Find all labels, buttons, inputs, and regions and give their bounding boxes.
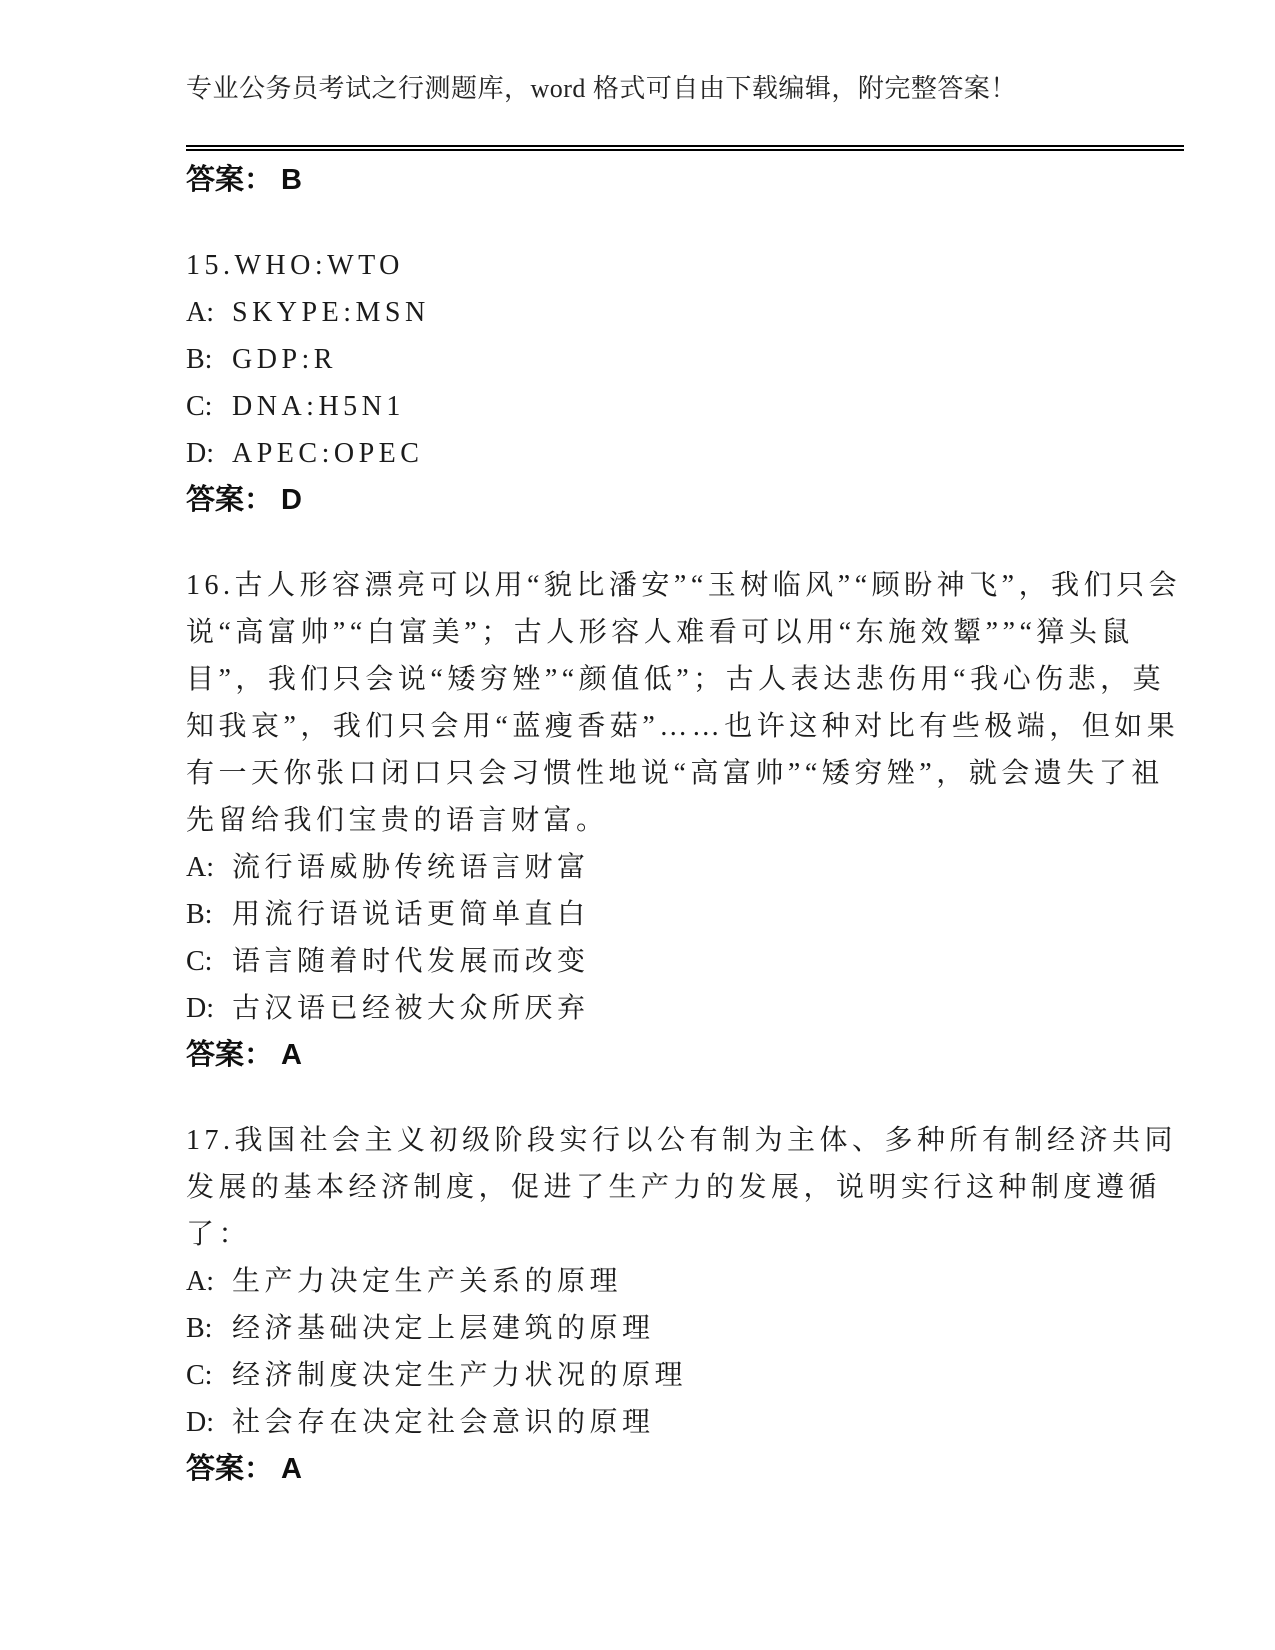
option-text: 经济制度决定生产力状况的原理 [232, 1360, 687, 1391]
option-label: A: [186, 844, 232, 891]
option-label: C: [186, 383, 232, 430]
answer-prefix: 答案： [186, 1039, 273, 1071]
answer-value: A [281, 1453, 302, 1485]
leading-answer-line: 答案：B [186, 157, 1184, 204]
option-text: GDP:R [232, 344, 337, 375]
option-label: B: [186, 336, 232, 383]
option-text: 流行语威胁传统语言财富 [232, 852, 590, 883]
option-text: APEC:OPEC [232, 438, 423, 469]
option-row-c: C:DNA:H5N1 [186, 383, 1184, 430]
page-header-title: 专业公务员考试之行测题库，word 格式可自由下载编辑，附完整答案！ [186, 72, 1184, 106]
answer-line: 答案：A [186, 1446, 1184, 1493]
option-label: D: [186, 1399, 232, 1446]
option-label: A: [186, 1258, 232, 1305]
option-label: C: [186, 938, 232, 985]
option-text: 古汉语已经被大众所厌弃 [232, 993, 590, 1024]
option-row-d: D:古汉语已经被大众所厌弃 [186, 985, 1184, 1032]
option-row-b: B:经济基础决定上层建筑的原理 [186, 1305, 1184, 1352]
answer-value: B [281, 164, 302, 196]
question-stem: 17.我国社会主义初级阶段实行以公有制为主体、多种所有制经济共同发展的基本经济制… [186, 1117, 1184, 1258]
answer-line: 答案：D [186, 477, 1184, 524]
option-text: 社会存在决定社会意识的原理 [232, 1407, 655, 1438]
question-block-16: 16.古人形容漂亮可以用“貌比潘安”“玉树临风”“顾盼神飞”，我们只会说“高富帅… [186, 562, 1184, 1079]
option-label: C: [186, 1352, 232, 1399]
option-row-a: A:SKYPE:MSN [186, 289, 1184, 336]
document-page: 专业公务员考试之行测题库，word 格式可自由下载编辑，附完整答案！ 答案：B … [0, 0, 1275, 1650]
answer-line: 答案：A [186, 1032, 1184, 1079]
option-text: 用流行语说话更简单直白 [232, 899, 590, 930]
option-text: 经济基础决定上层建筑的原理 [232, 1313, 655, 1344]
option-text: SKYPE:MSN [232, 297, 430, 328]
option-row-a: A:生产力决定生产关系的原理 [186, 1258, 1184, 1305]
option-label: B: [186, 891, 232, 938]
option-label: A: [186, 289, 232, 336]
question-block-15: 15.WHO:WTO A:SKYPE:MSN B:GDP:R C:DNA:H5N… [186, 242, 1184, 524]
option-row-b: B:用流行语说话更简单直白 [186, 891, 1184, 938]
answer-prefix: 答案： [186, 164, 273, 196]
option-row-c: C:语言随着时代发展而改变 [186, 938, 1184, 985]
question-stem: 16.古人形容漂亮可以用“貌比潘安”“玉树临风”“顾盼神飞”，我们只会说“高富帅… [186, 562, 1184, 844]
option-row-a: A:流行语威胁传统语言财富 [186, 844, 1184, 891]
question-stem: 15.WHO:WTO [186, 242, 1184, 289]
option-row-d: D:社会存在决定社会意识的原理 [186, 1399, 1184, 1446]
header-divider-rule [186, 145, 1184, 151]
option-text: 语言随着时代发展而改变 [232, 946, 590, 977]
option-row-b: B:GDP:R [186, 336, 1184, 383]
answer-value: D [281, 484, 302, 516]
option-label: B: [186, 1305, 232, 1352]
option-row-d: D:APEC:OPEC [186, 430, 1184, 477]
option-label: D: [186, 430, 232, 477]
answer-prefix: 答案： [186, 484, 273, 516]
option-text: DNA:H5N1 [232, 391, 405, 422]
option-text: 生产力决定生产关系的原理 [232, 1266, 622, 1297]
option-row-c: C:经济制度决定生产力状况的原理 [186, 1352, 1184, 1399]
question-block-17: 17.我国社会主义初级阶段实行以公有制为主体、多种所有制经济共同发展的基本经济制… [186, 1117, 1184, 1493]
option-label: D: [186, 985, 232, 1032]
answer-value: A [281, 1039, 302, 1071]
answer-prefix: 答案： [186, 1453, 273, 1485]
